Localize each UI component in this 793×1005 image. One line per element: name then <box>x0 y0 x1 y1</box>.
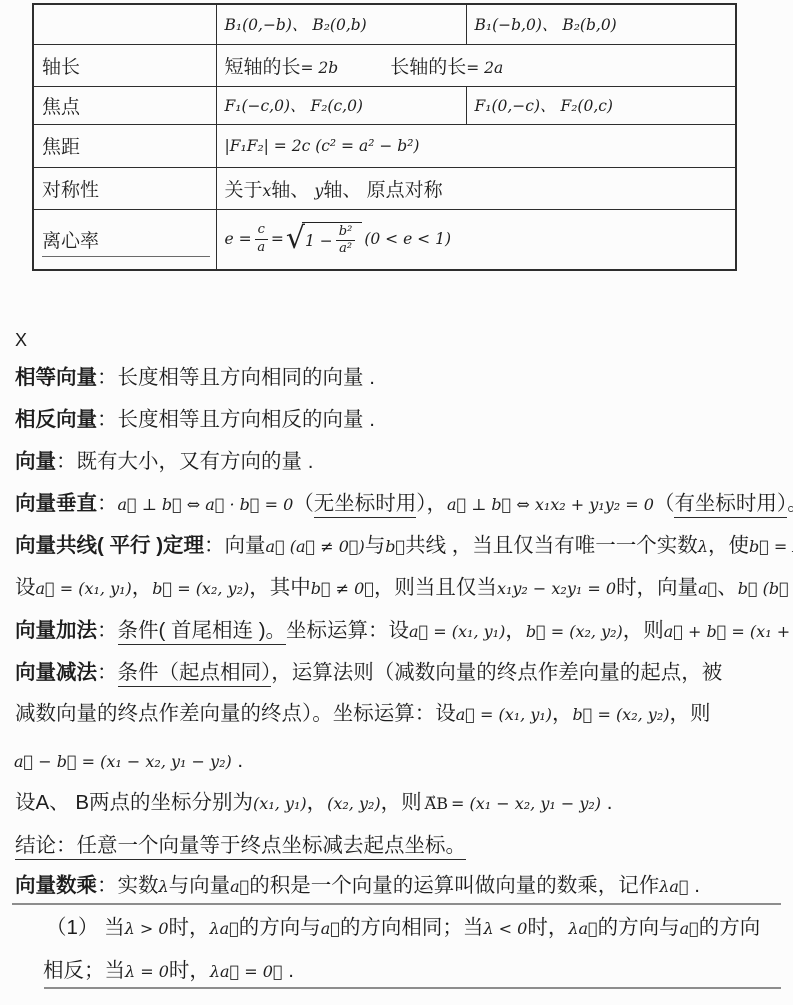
equal-vectors-term: 相等向量 <box>15 366 97 389</box>
ecc-condition: (0 < e < 1) <box>364 230 451 248</box>
symmetry-cell: 关于x轴、 y轴、 原点对称 <box>216 167 736 209</box>
addition-term: 向量加法 <box>15 619 97 642</box>
vector-perpendicular-rule: 向量垂直：a⃗ ⊥ b⃗ ⇔ a⃗ · b⃗ = 0（无坐标时用），a⃗ ⊥ b… <box>15 490 793 519</box>
two-point-vector-formula: 设A、 B两点的坐标分别为(x₁, y₁)，(x₂, y₂)，则AB= (x₁ … <box>15 789 612 818</box>
table-row-axis-length: 轴长 短轴的长= 2b长轴的长= 2a <box>33 44 736 86</box>
with-coordinates-note: 有坐标时用） <box>674 492 787 518</box>
ecc-one-minus: 1 − <box>305 232 333 250</box>
foci-x-axis-cell: F₁(−c,0)、 F₂(c,0) <box>216 86 466 124</box>
symmetry-text-2: 轴、 <box>271 180 314 201</box>
symmetry-x: x <box>263 182 272 200</box>
table-row-symmetry: 对称性 关于x轴、 y轴、 原点对称 <box>33 167 736 209</box>
section-marker-x: X <box>15 326 27 354</box>
perpendicular-formula-2: a⃗ ⊥ b⃗ ⇔ x₁x₂ + y₁y₂ = 0 <box>447 495 654 514</box>
ecc-equals: = <box>271 230 284 248</box>
vector-subtraction-rule: 向量减法：条件（起点相同），运算法则（减数向量的终点作差向量的起点，被 <box>15 659 722 687</box>
ecc-fraction-c-a: ca <box>255 223 268 255</box>
no-coordinates-note: 无坐标时用 <box>314 492 417 518</box>
vector-subtraction-continued: 减数向量的终点作差向量的终点）。坐标运算：设a⃗ = (x₁, y₁)，b⃗ =… <box>15 700 710 729</box>
symmetry-text-1: 关于 <box>225 180 263 201</box>
addition-condition: 条件( 首尾相连 )。 <box>118 619 287 645</box>
separator-line-bottom <box>44 987 781 989</box>
vector-addition-rule: 向量加法：条件( 首尾相连 )。坐标运算：设a⃗ = (x₁, y₁)，b⃗ =… <box>15 617 793 646</box>
table-row-foci: 焦点 F₁(−c,0)、 F₂(c,0) F₁(0,−c)、 F₂(0,c) <box>33 86 736 124</box>
minor-axis-formula: = 2b <box>301 59 339 77</box>
vertices-x-axis-cell: B₁(0,−b)、 B₂(0,b) <box>216 4 466 44</box>
ellipse-properties-table: B₁(0,−b)、 B₂(0,b) B₁(−b,0)、 B₂(b,0) 轴长 短… <box>32 3 737 271</box>
row-label-axis-length: 轴长 <box>33 44 216 86</box>
major-axis-text: 长轴的长 <box>390 57 466 78</box>
eccentricity-cell: e = ca = √ 1 − b²a² (0 < e < 1) <box>216 209 736 270</box>
axis-length-cell: 短轴的长= 2b长轴的长= 2a <box>216 44 736 86</box>
table-row-focal-distance: 焦距 |F₁F₂| = 2c (c² = a² − b²) <box>33 124 736 167</box>
scalar-multiplication-definition: 向量数乘：实数λ与向量a⃗的积是一个向量的运算叫做向量的数乘，记作λa⃗ . <box>15 872 700 901</box>
major-axis-formula: = 2a <box>466 59 503 77</box>
perpendicular-formula-1: a⃗ ⊥ b⃗ ⇔ a⃗ · b⃗ = 0 <box>118 495 294 514</box>
row-label-empty <box>33 4 216 44</box>
vector-subtraction-formula: a⃗ − b⃗ = (x₁ − x₂, y₁ − y₂) . <box>14 747 243 776</box>
scalar-multiplication-case1-continued: 相反；当λ = 0时，λa⃗ = 0⃗ . <box>43 957 294 986</box>
scalar-multiplication-term: 向量数乘 <box>15 874 97 897</box>
equal-vectors-definition: 相等向量：长度相等且方向相同的向量 . <box>15 364 375 392</box>
table-row-vertices: B₁(0,−b)、 B₂(0,b) B₁(−b,0)、 B₂(b,0) <box>33 4 736 44</box>
collinear-term: 向量共线( 平行 )定理 <box>15 534 204 557</box>
ecc-e-equals: e = <box>225 230 252 248</box>
focal-distance-formula: |F₁F₂| = 2c (c² = a² − b²) <box>216 124 736 167</box>
eccentricity-formula: e = ca = √ 1 − b²a² (0 < e < 1) <box>225 222 728 257</box>
row-label-foci: 焦点 <box>33 86 216 124</box>
foci-y-axis-cell: F₁(0,−c)、 F₂(0,c) <box>466 86 736 124</box>
opposite-vectors-definition: 相反向量：长度相等且方向相反的向量 . <box>15 406 375 434</box>
row-label-symmetry: 对称性 <box>33 167 216 209</box>
scalar-multiplication-case1: （1） 当λ > 0时，λa⃗的方向与a⃗的方向相同；当λ < 0时，λa⃗的方… <box>46 914 760 943</box>
perpendicular-term: 向量垂直 <box>15 492 97 515</box>
row-label-focal-distance: 焦距 <box>33 124 216 167</box>
symmetry-y: y <box>315 182 324 200</box>
vector-term: 向量 <box>15 450 56 473</box>
collinear-coordinate-condition: 设a⃗ = (x₁, y₁)，b⃗ = (x₂, y₂)，其中b⃗ ≠ 0⃗，则… <box>15 574 793 603</box>
minor-axis-text: 短轴的长 <box>225 57 301 78</box>
separator-line-top <box>12 903 781 905</box>
symmetry-text-3: 轴、 原点对称 <box>323 180 442 201</box>
vector-definition: 向量：既有大小，又有方向的量 . <box>15 448 313 476</box>
subtraction-term: 向量减法 <box>15 661 97 684</box>
subtraction-condition: 条件（起点相同） <box>118 661 272 687</box>
ab-vector-with-arrow: AB <box>425 790 448 818</box>
opposite-vectors-term: 相反向量 <box>15 408 97 431</box>
table-row-eccentricity: 离心率 e = ca = √ 1 − b²a² (0 < e < 1) <box>33 209 736 270</box>
ecc-sqrt: √ 1 − b²a² <box>286 222 362 257</box>
vector-collinear-theorem: 向量共线( 平行 )定理：向量a⃗ (a⃗ ≠ 0⃗)与b⃗共线 ，当且仅当有唯… <box>15 532 793 561</box>
row-label-eccentricity: 离心率 <box>33 209 216 270</box>
vertices-y-axis-cell: B₁(−b,0)、 B₂(b,0) <box>466 4 736 44</box>
conclusion-text: 结论：任意一个向量等于终点坐标减去起点坐标。 <box>15 834 466 860</box>
conclusion-line: 结论：任意一个向量等于终点坐标减去起点坐标。 <box>15 832 466 860</box>
ecc-fraction-b2-a2: b²a² <box>336 225 356 257</box>
